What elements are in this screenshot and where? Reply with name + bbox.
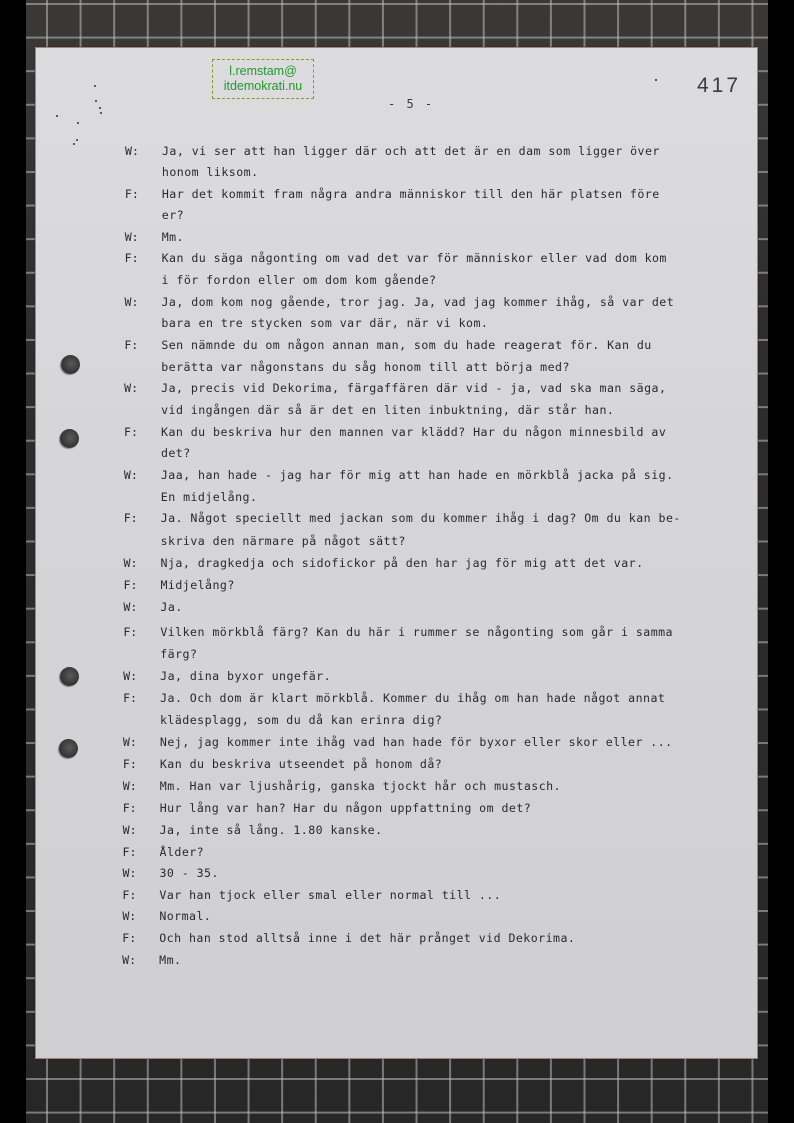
speaker-label: F: — [123, 757, 137, 771]
speaker-label: W: — [122, 866, 136, 880]
speaker-label: W: — [122, 953, 136, 967]
transcript-line: Ja. — [160, 600, 182, 614]
speaker-label: W: — [124, 381, 138, 395]
speaker-label: W: — [122, 909, 136, 923]
transcript-line: Ja, precis vid Dekorima, färgaffären där… — [161, 381, 666, 395]
transcript-line: i för fordon eller om dom kom gående? — [162, 273, 437, 287]
speaker-label: F: — [125, 251, 139, 265]
speaker-label: F: — [122, 931, 136, 945]
transcript-line: Nja, dragkedja och sidofickor på den har… — [161, 556, 644, 570]
speaker-label: F: — [122, 888, 136, 902]
watermark-line-1: l.remstam@ — [213, 64, 313, 79]
transcript-line: Ja. Något speciellt med jackan som du ko… — [161, 511, 681, 525]
transcript-line: Och han stod alltså inne i det här prång… — [159, 931, 575, 945]
archive-stamp-number: 417 — [697, 74, 741, 98]
transcript-line: Har det kommit fram några andra människo… — [162, 187, 660, 201]
speaker-label: W: — [123, 779, 137, 793]
speaker-label: F: — [124, 511, 138, 525]
punch-hole — [61, 355, 80, 374]
speaker-label: W: — [124, 468, 138, 482]
speaker-label: F: — [123, 578, 137, 592]
transcript-line: Var han tjock eller smal eller normal ti… — [159, 888, 501, 902]
transcript-line: Kan du beskriva hur den mannen var klädd… — [161, 425, 666, 439]
transcript-line: Hur lång var han? Har du någon uppfattni… — [160, 801, 532, 815]
transcript-line: Sen nämnde du om någon annan man, som du… — [161, 338, 651, 352]
transcript-line: Nej, jag kommer inte ihåg vad han hade f… — [160, 735, 673, 749]
transcript-line: Normal. — [159, 909, 211, 923]
watermark-line-2: itdemokrati.nu — [213, 79, 313, 94]
transcript-line: vid ingången där så är det en liten inbu… — [161, 403, 614, 417]
punch-hole — [60, 667, 79, 686]
transcript-line: bara en tre stycken som var där, när vi … — [161, 316, 488, 330]
speaker-label: W: — [123, 669, 137, 683]
speaker-label: F: — [123, 845, 137, 859]
speaker-label: W: — [124, 295, 138, 309]
transcript-line: Ålder? — [160, 845, 205, 859]
transcript-line: er? — [162, 208, 184, 222]
transcript-line: Jaa, han hade - jag har för mig att han … — [161, 468, 674, 482]
speaker-label: W: — [125, 230, 139, 244]
transcript-line: Mm. Han var ljushårig, ganska tjockt hår… — [160, 779, 561, 793]
transcript-line: Ja, inte så lång. 1.80 kanske. — [160, 823, 383, 837]
transcript-line: skriva den närmare på något sätt? — [161, 534, 406, 548]
transcript-line: berätta var någonstans du såg honom till… — [161, 360, 570, 374]
speaker-label: F: — [124, 425, 138, 439]
transcript-line: Ja, dina byxor ungefär. — [160, 669, 331, 683]
page-number: - 5 - — [388, 97, 434, 111]
speaker-label: W: — [123, 735, 137, 749]
transcript-line: klädesplagg, som du då kan erinra dig? — [160, 713, 442, 727]
transcript-line: 30 - 35. — [159, 866, 218, 880]
transcript-line: Ja. Och dom är klart mörkblå. Kommer du … — [160, 691, 665, 705]
transcript-line: Mm. — [162, 230, 184, 244]
speaker-label: W: — [125, 144, 139, 158]
transcript-line: Vilken mörkblå färg? Kan du här i rummer… — [160, 625, 673, 639]
speaker-label: F: — [125, 187, 139, 201]
transcript-line: färg? — [160, 647, 197, 661]
transcript-line: En midjelång. — [161, 490, 258, 504]
transcript-line: Mm. — [159, 953, 181, 967]
punch-hole — [60, 429, 79, 448]
speaker-label: W: — [123, 600, 137, 614]
speaker-label: F: — [124, 338, 138, 352]
speaker-label: W: — [124, 556, 138, 570]
punch-hole — [59, 739, 78, 758]
speaker-label: F: — [123, 625, 137, 639]
transcript-line: Ja, vi ser att han ligger där och att de… — [162, 144, 660, 158]
transcript-line: Midjelång? — [160, 578, 234, 592]
transcript-line: Kan du beskriva utseendet på honom då? — [160, 757, 442, 771]
speaker-label: F: — [123, 691, 137, 705]
speaker-label: F: — [123, 801, 137, 815]
speaker-label: W: — [123, 823, 137, 837]
watermark-stamp: l.remstam@ itdemokrati.nu — [212, 59, 314, 99]
transcript-line: det? — [161, 446, 191, 460]
transcript-line: Ja, dom kom nog gående, tror jag. Ja, va… — [161, 295, 674, 309]
transcript-line: honom liksom. — [162, 165, 259, 179]
transcript-line: Kan du säga någonting om vad det var för… — [162, 251, 667, 265]
